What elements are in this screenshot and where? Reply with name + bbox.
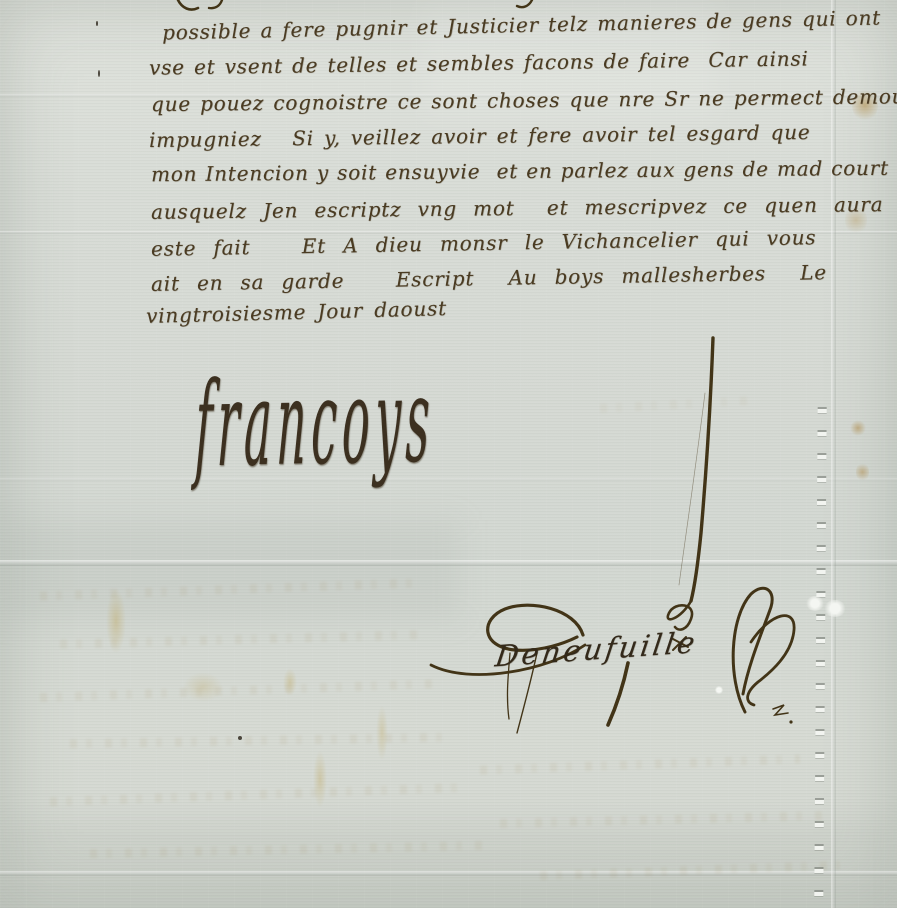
ink-show-through-streak [376, 705, 388, 761]
manuscript-line: vingtroisiesme Jour daoust [146, 296, 447, 328]
ink-fleck [98, 70, 100, 77]
secretary-paraph [715, 582, 807, 727]
pen-stroke-paraph [645, 333, 745, 663]
paper-speck [715, 686, 723, 694]
show-through-text [50, 783, 470, 807]
paper-shading [0, 520, 460, 620]
paper-shading [0, 820, 897, 908]
manuscript-line: mon Intencion y soit ensuyvie et en parl… [151, 156, 889, 186]
manuscript-line: este fait Et A dieu monsr le Vichancelie… [151, 225, 817, 261]
ink-show-through-streak [106, 588, 126, 654]
manuscript-line: que pouez cognoistre ce sont choses que … [151, 84, 897, 116]
paper-tear [806, 596, 824, 611]
manuscript-line: vse et vsent de telles et sembles facons… [149, 46, 809, 79]
fold-crease [0, 478, 897, 481]
stitching-holes [814, 394, 827, 908]
show-through-text [500, 811, 830, 828]
fold-crease [0, 871, 897, 876]
secretary-signature: Deneufuille [493, 625, 700, 674]
manuscript-line: ait en sa garde Escript Au boys malleshe… [151, 260, 827, 296]
show-through-text [70, 733, 450, 749]
show-through-text [480, 754, 800, 774]
show-through-text [40, 578, 420, 600]
foxing-stain [850, 420, 866, 436]
ink-fleck [238, 736, 242, 740]
ink-fleck [96, 21, 98, 26]
ink-show-through-streak [183, 672, 223, 702]
foxing-stain [856, 462, 869, 482]
paper-tear [824, 600, 846, 617]
show-through-text [90, 841, 490, 858]
fold-crease-vertical [831, 0, 836, 908]
manuscript-line: ausquelz Jen escriptz vng mot et mescrip… [151, 192, 884, 224]
manuscript-line: impugniez Si y, veillez avoir et fere av… [149, 120, 811, 152]
show-through-text [540, 861, 840, 880]
royal-signature: francoys [194, 351, 437, 494]
manuscript-line: possible a fere pugnir et Justicier telz… [162, 5, 881, 44]
show-through-text [600, 396, 750, 413]
manuscript-letter-photo: possible a fere pugnir et Justicier telz… [0, 0, 897, 908]
ink-show-through-streak [283, 668, 297, 696]
ink-show-through-streak [313, 750, 327, 808]
show-through-text [60, 630, 420, 648]
fold-crease-main [0, 560, 897, 566]
show-through-text [40, 679, 440, 702]
